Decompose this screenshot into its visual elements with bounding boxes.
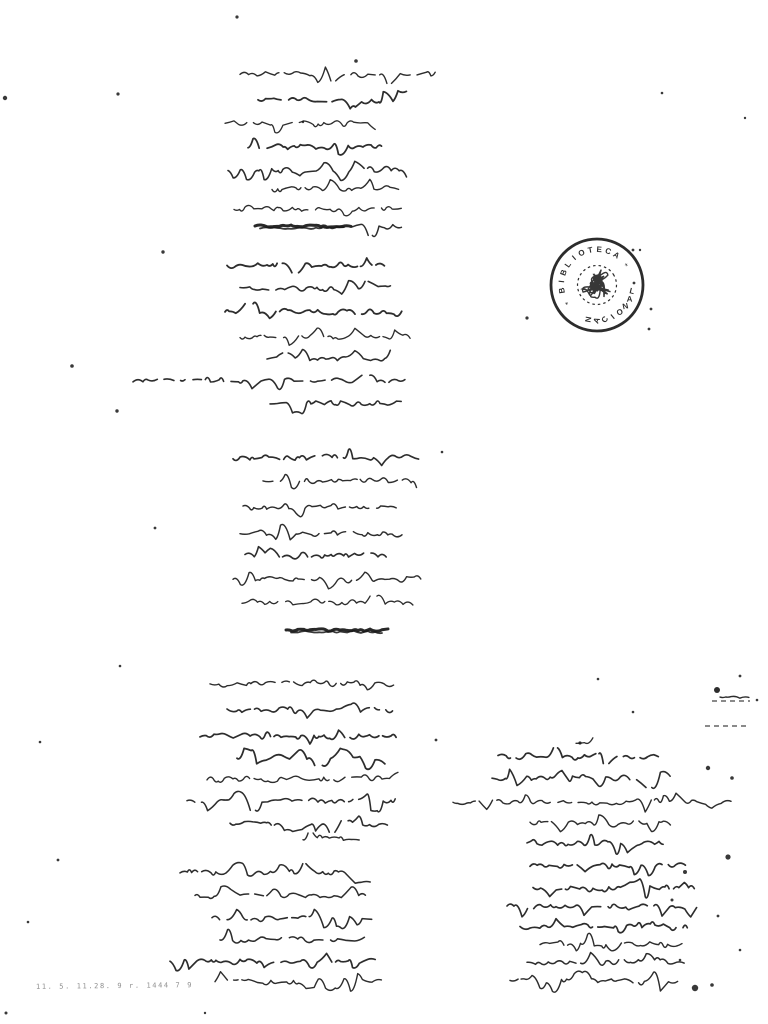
handwriting-line: [245, 547, 386, 559]
stamp-letter: O: [577, 248, 587, 259]
edge-marks: [705, 687, 750, 726]
stamp-letter: B: [557, 287, 567, 294]
stamp-separator-star: *: [564, 300, 572, 309]
handwriting-line: [540, 933, 682, 950]
ink-speck: [70, 364, 74, 368]
ink-speck: [650, 308, 653, 311]
handwriting-block-fourth: [187, 680, 398, 840]
ink-speck: [27, 921, 30, 924]
handwriting-block-bottom-left: [170, 863, 381, 992]
handwriting-line: [510, 971, 678, 992]
ink-speck: [661, 92, 664, 95]
handwriting-line: [533, 879, 694, 898]
stamp-letter: T: [587, 245, 594, 255]
handwriting-line: [240, 281, 390, 294]
handwriting-line: [210, 680, 394, 690]
ink-speck: [57, 859, 60, 862]
ink-speck: [710, 983, 714, 987]
handwriting-line: [243, 504, 396, 517]
handwriting-line: [180, 863, 370, 884]
ink-speck: [706, 766, 710, 770]
ink-speck: [739, 675, 742, 678]
handwriting-line: [233, 449, 419, 466]
handwriting-line: [267, 350, 390, 361]
ink-speck: [744, 117, 746, 119]
handwriting-line: [527, 953, 684, 966]
ink-specks: [3, 15, 759, 1014]
handwriting-line: [195, 886, 365, 898]
handwriting-line: [230, 816, 387, 832]
pencil-shelfmark-note: 11. 5. 11.28. 9 r. 1444 7 9: [36, 981, 193, 991]
ink-speck: [717, 915, 720, 918]
stamp-letter: I: [557, 280, 566, 283]
handwriting-line: [240, 67, 435, 83]
handwriting-line: [234, 205, 401, 215]
ink-speck: [119, 665, 122, 668]
handwriting-line: [220, 929, 364, 943]
ink-speck: [683, 870, 687, 874]
handwriting-ink-layer: BIBLIOTECANACIONAL**: [0, 0, 768, 1024]
ink-speck: [115, 409, 118, 412]
stamp-letter: C: [604, 246, 613, 256]
ink-speck: [597, 678, 600, 681]
stamp-letter: I: [570, 254, 578, 262]
stamp-letter: L: [563, 260, 573, 269]
handwriting-line: [227, 258, 384, 273]
ink-speck: [692, 985, 698, 991]
ink-speck: [435, 739, 438, 742]
ink-speck: [39, 741, 42, 744]
handwriting-line: [270, 401, 401, 414]
handwriting-line: [200, 730, 396, 744]
ink-speck: [354, 59, 358, 63]
ink-speck: [525, 316, 528, 319]
handwriting-line: [507, 904, 697, 917]
handwriting-line: [227, 703, 393, 718]
handwriting-block-top: [225, 67, 435, 236]
ink-speck: [739, 949, 742, 952]
ink-speck: [730, 776, 734, 780]
handwriting-line: [233, 572, 421, 589]
ink-speck: [116, 92, 119, 95]
handwriting-line: [492, 769, 670, 788]
stamp-letter: A: [627, 295, 633, 304]
library-stamp: BIBLIOTECANACIONAL**: [533, 221, 660, 348]
ink-speck: [756, 699, 759, 702]
handwriting-line: [240, 328, 410, 345]
handwriting-line: [225, 302, 402, 318]
ink-speck: [578, 741, 581, 744]
handwriting-line: [272, 179, 399, 191]
handwriting-line: [240, 524, 402, 539]
handwriting-line: [237, 748, 385, 769]
stamp-separator-star: *: [623, 261, 631, 270]
ink-speck: [3, 96, 7, 100]
ink-speck: [5, 1012, 8, 1015]
ink-speck: [671, 899, 674, 902]
ink-speck: [632, 711, 635, 714]
stamp-letter: L: [629, 286, 636, 296]
handwriting-line: [207, 772, 398, 782]
stamp-letter: I: [609, 313, 616, 321]
handwriting-line: [527, 835, 663, 855]
handwriting-block-third: [233, 449, 421, 633]
stamp-letter: C: [600, 314, 611, 324]
ink-speck: [302, 121, 304, 123]
handwriting-line: [215, 972, 381, 991]
ink-speck: [161, 250, 164, 253]
handwriting-line: [498, 748, 658, 764]
handwriting-line: [228, 161, 407, 180]
ink-speck: [235, 15, 238, 18]
handwriting-line: [225, 121, 375, 133]
handwriting-line: [212, 909, 372, 928]
ink-speck: [639, 249, 641, 251]
ink-speck: [204, 1012, 206, 1014]
ink-speck: [725, 854, 730, 859]
handwriting-line: [520, 919, 687, 933]
ink-speck: [648, 328, 651, 331]
handwriting-block-second: [133, 258, 410, 414]
handwriting-line: [352, 224, 401, 236]
handwriting-line: [530, 863, 685, 875]
stamp-letter: A: [611, 250, 621, 261]
ink-speck: [633, 282, 636, 285]
ink-blob: [714, 687, 720, 693]
handwriting-line: [133, 375, 405, 389]
handwriting-line: [242, 595, 413, 605]
handwriting-line: [453, 793, 731, 812]
handwriting-line: [530, 815, 670, 832]
stamp-letter: E: [596, 245, 603, 254]
ink-speck: [632, 249, 635, 252]
handwriting-line: [258, 91, 406, 109]
handwriting-line: [303, 833, 359, 840]
handwriting-line: [187, 791, 395, 811]
strikethrough-stroke: [291, 631, 382, 633]
ink-speck: [679, 959, 682, 962]
handwriting-block-bottom-right: [453, 738, 731, 992]
manuscript-page: BIBLIOTECANACIONAL** 11. 5. 11.28. 9 r. …: [0, 0, 768, 1024]
stamp-letter: B: [558, 268, 569, 277]
handwriting-line: [170, 953, 375, 970]
handwriting-line: [263, 474, 417, 488]
ink-speck: [154, 527, 157, 530]
ink-speck: [441, 451, 444, 454]
handwriting-line: [720, 696, 749, 698]
handwriting-line: [248, 138, 382, 154]
